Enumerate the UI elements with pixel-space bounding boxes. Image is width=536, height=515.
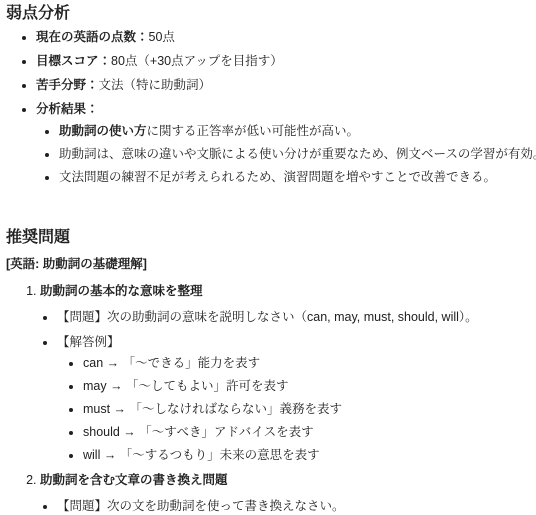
answer-item: should → 「～すべき」アドバイスを表す: [83, 424, 536, 441]
list-item: 文法問題の練習不足が考えられるため、演習問題を増やすことで改善できる。: [59, 169, 536, 186]
item-label: 分析結果：: [36, 102, 99, 116]
list-item: 分析結果： 助動詞の使い方に関する正答率が低い可能性が高い。 助動詞は、意味の違…: [36, 101, 536, 186]
item-text: 助動詞は、意味の違いや文脈による使い分けが重要なため、例文ベースの学習が有効。: [59, 147, 536, 161]
document-body: 弱点分析 現在の英語の点数：50点 目標スコア：80点（+30点アップを目指す）…: [6, 4, 536, 515]
problem-question: 【問題】次の文を助動詞を使って書き換えなさい。: [57, 498, 536, 515]
list-item: 助動詞は、意味の違いや文脈による使い分けが重要なため、例文ベースの学習が有効。: [59, 146, 536, 163]
answer-item: may → 「～してもよい」許可を表す: [83, 378, 536, 395]
problem-sublist: 【問題】次の文を助動詞を使って書き換えなさい。: [40, 498, 536, 515]
item-text: に関する正答率が低い可能性が高い。: [147, 124, 360, 138]
list-item: 現在の英語の点数：50点: [36, 29, 536, 46]
list-item: 助動詞の使い方に関する正答率が低い可能性が高い。: [59, 123, 536, 140]
item-emphasis: 助動詞の使い方: [59, 124, 147, 138]
recommended-subtitle: [英語: 助動詞の基礎理解]: [6, 256, 536, 273]
item-label: 目標スコア：: [36, 54, 111, 68]
analysis-sublist: 助動詞の使い方に関する正答率が低い可能性が高い。 助動詞は、意味の違いや文脈によ…: [36, 123, 536, 186]
problem-item: 助動詞を含む文章の書き換え問題 【問題】次の文を助動詞を使って書き換えなさい。: [40, 472, 536, 515]
item-label: 現在の英語の点数：: [36, 30, 149, 44]
item-label: 苦手分野：: [36, 78, 99, 92]
answer-item: will → 「～するつもり」未来の意思を表す: [83, 447, 536, 464]
item-value: 50点: [149, 30, 175, 44]
problem-answer-label: 【解答例】 can → 「～できる」能力を表す may → 「～してもよい」許可…: [57, 334, 536, 464]
answer-item: can → 「～できる」能力を表す: [83, 355, 536, 372]
weakness-list: 現在の英語の点数：50点 目標スコア：80点（+30点アップを目指す） 苦手分野…: [6, 29, 536, 186]
problem-item: 助動詞の基本的な意味を整理 【問題】次の助動詞の意味を説明しなさい（can, m…: [40, 283, 536, 464]
problem-title: 助動詞を含む文章の書き換え問題: [40, 473, 228, 487]
list-item: 目標スコア：80点（+30点アップを目指す）: [36, 53, 536, 70]
answer-item: must → 「～しなければならない」義務を表す: [83, 401, 536, 418]
problem-sublist: 【問題】次の助動詞の意味を説明しなさい（can, may, must, shou…: [40, 309, 536, 464]
problem-question: 【問題】次の助動詞の意味を説明しなさい（can, may, must, shou…: [57, 309, 536, 326]
recommended-section-title: 推奨問題: [6, 228, 536, 248]
weakness-section-title: 弱点分析: [6, 4, 536, 24]
item-value: 80点（+30点アップを目指す）: [111, 54, 283, 68]
list-item: 苦手分野：文法（特に助動詞）: [36, 77, 536, 94]
item-text: 文法問題の練習不足が考えられるため、演習問題を増やすことで改善できる。: [59, 170, 496, 184]
answer-list: can → 「～できる」能力を表す may → 「～してもよい」許可を表す mu…: [57, 355, 536, 464]
problem-list: 助動詞の基本的な意味を整理 【問題】次の助動詞の意味を説明しなさい（can, m…: [6, 283, 536, 515]
answer-label-text: 【解答例】: [57, 335, 120, 349]
item-value: 文法（特に助動詞）: [99, 78, 212, 92]
problem-title: 助動詞の基本的な意味を整理: [40, 284, 203, 298]
